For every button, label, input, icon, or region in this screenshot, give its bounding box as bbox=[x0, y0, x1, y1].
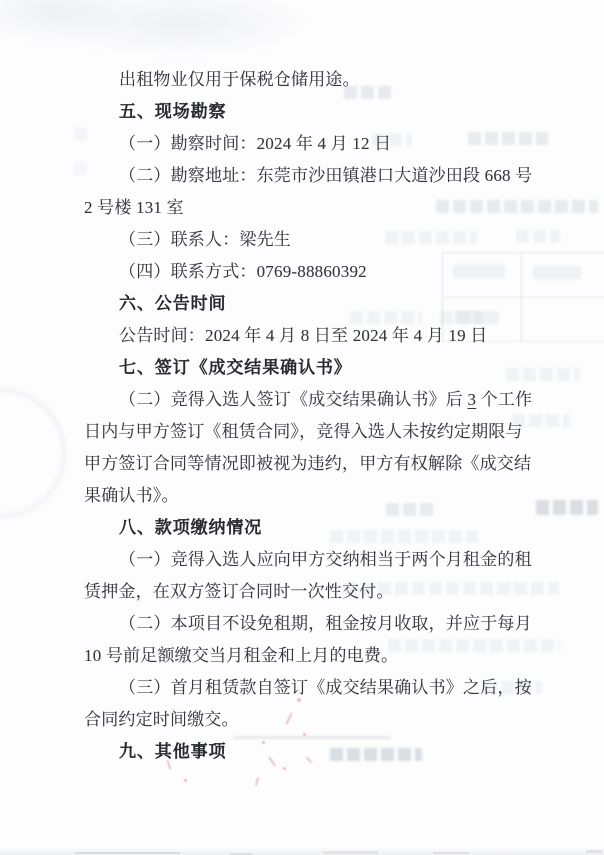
paragraph-line: 赁押金，在双方签订合同时一次性交付。 bbox=[84, 576, 534, 608]
section-heading: 八、款项缴纳情况 bbox=[84, 512, 534, 544]
pink-mark-artifact bbox=[255, 777, 259, 786]
paragraph-line: （二）勘察地址：东莞市沙田镇港口大道沙田段 668 号 bbox=[84, 160, 534, 192]
paragraph-line: 10 号前足额缴交当月租金和上月的电费。 bbox=[84, 640, 534, 672]
paragraph-line: 出租物业仅用于保税仓储用途。 bbox=[84, 64, 534, 96]
paragraph-line: （三）首月租赁款自签订《成交结果确认书》之后，按 bbox=[84, 672, 534, 704]
paragraph-line: （一）竞得入选人应向甲方交纳相当于两个月租金的租 bbox=[84, 544, 534, 576]
paragraph-line: 甲方签订合同等情况即被视为违约，甲方有权解除《成交结 bbox=[84, 448, 534, 480]
paragraph-line: 2 号楼 131 室 bbox=[84, 192, 534, 224]
paragraph-line: 日内与甲方签订《租赁合同》，竞得入选人未按约定期限与 bbox=[84, 416, 534, 448]
underlined-number: 3 bbox=[467, 390, 476, 409]
scan-edge-artifact bbox=[323, 851, 378, 854]
scan-edge-artifact bbox=[586, 850, 602, 853]
paragraph-line: （一）勘察时间：2024 年 4 月 12 日 bbox=[84, 128, 534, 160]
section-heading: 五、现场勘察 bbox=[84, 96, 534, 128]
paragraph-line: 公告时间：2024 年 4 月 8 日至 2024 年 4 月 19 日 bbox=[84, 320, 534, 352]
text-segment: （二）竞得入选人签订《成交结果确认书》后 bbox=[119, 390, 467, 409]
paragraph-line: （二）竞得入选人签订《成交结果确认书》后 3 个工作 bbox=[84, 384, 534, 416]
paragraph-line: （二）本项目不设免租期，租金按月收取，并应于每月 bbox=[84, 608, 534, 640]
scan-edge-artifact bbox=[0, 847, 604, 855]
section-heading: 六、公告时间 bbox=[84, 288, 534, 320]
scan-edge-artifact bbox=[75, 852, 180, 854]
pink-mark-artifact bbox=[184, 779, 187, 782]
section-heading: 七、签订《成交结果确认书》 bbox=[84, 352, 534, 384]
scan-edge-artifact bbox=[433, 852, 469, 854]
scanned-document-page: 出租物业仅用于保税仓储用途。五、现场勘察（一）勘察时间：2024 年 4 月 1… bbox=[0, 0, 604, 855]
paragraph-line: 合同约定时间缴交。 bbox=[84, 704, 534, 736]
paragraph-line: （四）联系方式：0769-88860392 bbox=[84, 256, 534, 288]
stamp-bleed-artifact bbox=[0, 388, 66, 518]
document-body: 出租物业仅用于保税仓储用途。五、现场勘察（一）勘察时间：2024 年 4 月 1… bbox=[84, 64, 534, 768]
text-segment: 个工作 bbox=[476, 390, 532, 409]
bleed-through-artifact bbox=[536, 500, 598, 515]
section-heading: 九、其他事项 bbox=[84, 736, 534, 768]
paragraph-line: 果确认书》。 bbox=[84, 480, 534, 512]
paragraph-line: （三）联系人：梁先生 bbox=[84, 224, 534, 256]
scan-smudge bbox=[0, 0, 130, 45]
scan-smudge bbox=[40, 0, 320, 60]
